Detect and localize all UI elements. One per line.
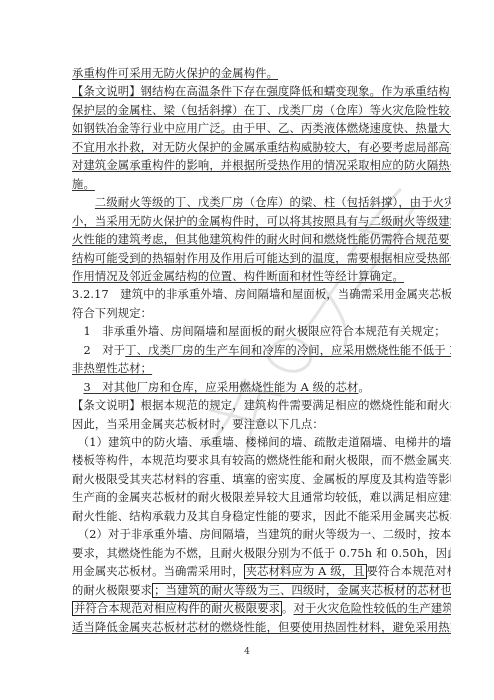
text-line: 符合下列规定： bbox=[72, 306, 451, 322]
text-line: 1 非承重外墙、房间隔墙和屋面板的耐火极限应符合本规范有关规定； bbox=[72, 324, 451, 340]
text-line: 保护层的金属柱、梁（包括斜撑）在丁、戊类厂房（仓库）等火灾危险性较小的建筑， bbox=[72, 103, 451, 119]
underlined-text: 对建筑金属承重构件的影响，并根据所受热作用的情况采取相应的防火隔热保护措 bbox=[72, 159, 451, 172]
underlined-text: 如钢铁冶金等行业中应用广泛。由于甲、乙、丙类液体燃烧速度快、热量大、温度高， bbox=[72, 122, 451, 135]
underlined-text: 结构可能受到的热辐射作用及作用后可能达到的温度，需要根据相应受热部位的高温 bbox=[72, 252, 451, 265]
text-segment: 因此，当采用金属夹芯板材时，要注意以下几点： bbox=[72, 418, 324, 431]
text-segment: 用金属夹芯板材。当确需采用时， bbox=[72, 565, 244, 578]
underlined-text: 施。 bbox=[72, 178, 95, 191]
underlined-text: 二级耐火等级的丁、戊类厂房（仓库）的梁、柱（包括斜撑），由于火灾危险性 bbox=[95, 196, 451, 209]
text-line: 因此，当采用金属夹芯板材时，要注意以下几点： bbox=[72, 417, 451, 433]
text-segment: 2 对于 bbox=[72, 344, 125, 357]
underlined-text: 适当降低金属夹芯板材芯材的燃烧性能，但要使用热固性材料，避免采用热塑性材料。 bbox=[72, 621, 451, 634]
text-line: 3 对其他厂房和仓库，应采用燃烧性能为 A 级的芯材。 bbox=[72, 380, 451, 396]
text-line: （1）建筑中的防火墙、承重墙、楼梯间的墙、疏散走道隔墙、电梯井的墙以及 bbox=[72, 435, 451, 451]
text-line: 如钢铁冶金等行业中应用广泛。由于甲、乙、丙类液体燃烧速度快、热量大、温度高， bbox=[72, 121, 451, 137]
underlined-text: 作用情况及邻近金属结构的位置、构件断面和材性等经计算确定。 bbox=[72, 270, 404, 283]
text-line: 楼板等构件，本规范均要求具有较高的燃烧性能和耐火极限，而不燃金属夹芯板材的 bbox=[72, 453, 451, 469]
text-segment: 。 bbox=[358, 381, 369, 394]
text-line: 二级耐火等级的丁、戊类厂房（仓库）的梁、柱（包括斜撑），由于火灾危险性 bbox=[72, 195, 451, 211]
text-line: 非热塑性芯材； bbox=[72, 361, 451, 377]
underlined-text: 3 对其他厂房和仓库，应采用燃烧性能为 A 级的芯材 bbox=[83, 381, 358, 394]
underlined-text: 对于火灾危险性较低的生产建筑，可以 bbox=[294, 602, 452, 615]
text-segment: 的耐火极限要求 bbox=[72, 584, 152, 597]
text-segment: 耐火极限受其夹芯材料的容重、填塞的密实度、金属板的厚度及其构造等影响，不同 bbox=[72, 473, 451, 486]
text-line: 的耐火极限要求；当建筑的耐火等级为三、四级时，金属夹芯板材的芯材也要 A 级， bbox=[72, 583, 451, 599]
text-line: 结构可能受到的热辐射作用及作用后可能达到的温度，需要根据相应受热部位的高温 bbox=[72, 251, 451, 267]
text-segment bbox=[72, 196, 95, 209]
text-segment: 【条文说明】根据本规范的规定，建筑构件需要满足相应的燃烧性能和耐火极限要求， bbox=[72, 399, 451, 412]
text-line: 生产商的金属夹芯板材的耐火极限差异较大且通常均较低，难以满足相应建筑构件的 bbox=[72, 490, 451, 506]
text-line: 作用情况及邻近金属结构的位置、构件断面和材性等经计算确定。 bbox=[72, 269, 451, 285]
text-segment: 3.2.17 建筑中的非承重外墙、房间隔墙和屋面板，当确需采用金属夹芯板材时，应 bbox=[72, 288, 451, 301]
text-line: 不宜用水扑救，对无防火保护的金属承重结构威胁较大，有必要考虑局部高温或火焰 bbox=[72, 140, 451, 156]
text-segment: 。 bbox=[282, 602, 293, 615]
text-line: 要求，其燃烧性能为不燃，且耐火极限分别为不低于 0.75h 和 0.50h，因此… bbox=[72, 546, 451, 562]
text-line: 小，当采用无防火保护的金属构件时，可以将其按照具有与二级耐火等级建筑同等防 bbox=[72, 214, 451, 230]
text-line: 对建筑金属承重构件的影响，并根据所受热作用的情况采取相应的防火隔热保护措 bbox=[72, 158, 451, 174]
underlined-text: 小，当采用无防火保护的金属构件时，可以将其按照具有与二级耐火等级建筑同等防 bbox=[72, 215, 451, 228]
underlined-text: 【条文说明】钢结构在高温条件下存在强度降低和蠕变现象。作为承重结构，无防火 bbox=[72, 85, 451, 98]
text-line: 施。 bbox=[72, 177, 451, 193]
underlined-text: 非热塑性芯材； bbox=[72, 362, 152, 375]
text-line: 耐火极限受其夹芯材料的容重、填塞的密实度、金属板的厚度及其构造等影响，不同 bbox=[72, 472, 451, 488]
text-line: 用金属夹芯板材。当确需采用时，夹芯材料应为 A 级，且要符合本规范对相应构件 bbox=[72, 564, 451, 580]
text-line: 【条文说明】钢结构在高温条件下存在强度降低和蠕变现象。作为承重结构，无防火 bbox=[72, 84, 451, 100]
text-line: 2 对于丁、戊类厂房的生产车间和冷库的冷间，应采用燃烧性能不低于 B₁ 级的 bbox=[72, 343, 451, 359]
underlined-text: 火性能的建筑考虑，但其他建筑构件的耐火时间和燃烧性能仍需符合规范要求。有关 bbox=[72, 233, 451, 246]
boxed-text: ；当建筑的耐火等级为三、四级时，金属夹芯板材的芯材也要 A 级， bbox=[152, 583, 451, 598]
boxed-text: 并符合本规范对相应构件的耐火极限要求 bbox=[72, 601, 282, 616]
text-segment: 生产商的金属夹芯板材的耐火极限差异较大且通常均较低，难以满足相应建筑构件的 bbox=[72, 491, 451, 504]
text-segment: 要符合本规范对相应构件 bbox=[367, 565, 451, 578]
text-line: 【条文说明】根据本规范的规定，建筑构件需要满足相应的燃烧性能和耐火极限要求， bbox=[72, 398, 451, 414]
boxed-text: 夹芯材料应为 A 级，且 bbox=[244, 564, 367, 579]
text-segment: （2）对于非承重外墙、房间隔墙，当建筑的耐火等级为一、二级时，按本规范 bbox=[72, 528, 451, 541]
text-line: 3.2.17 建筑中的非承重外墙、房间隔墙和屋面板，当确需采用金属夹芯板材时，应 bbox=[72, 287, 451, 303]
text-segment: 符合下列规定： bbox=[72, 307, 152, 320]
text-line: 承重构件可采用无防火保护的金属构件。 bbox=[72, 66, 451, 82]
underlined-text: 保护层的金属柱、梁（包括斜撑）在丁、戊类厂房（仓库）等火灾危险性较小的建筑， bbox=[72, 104, 451, 117]
page-number: 4 bbox=[0, 647, 494, 657]
underlined-text: 不宜用水扑救，对无防火保护的金属承重结构威胁较大，有必要考虑局部高温或火焰 bbox=[72, 141, 451, 154]
underlined-text: 承重构件可采用无防火保护的金属构件。 bbox=[72, 67, 278, 80]
document-page: 承重构件可采用无防火保护的金属构件。【条文说明】钢结构在高温条件下存在强度降低和… bbox=[0, 0, 494, 700]
text-line: 并符合本规范对相应构件的耐火极限要求。对于火灾危险性较低的生产建筑，可以 bbox=[72, 601, 451, 617]
text-line: （2）对于非承重外墙、房间隔墙，当建筑的耐火等级为一、二级时，按本规范 bbox=[72, 527, 451, 543]
text-line: 耐火性能、结构承载力及其自身稳定性能的要求，因此不能采用金属夹芯板材。 bbox=[72, 509, 451, 525]
underlined-text: 丁、戊类厂房的生产车间和冷库的冷间，应采用燃烧性能不低于 B₁ 级的 bbox=[125, 344, 451, 357]
text-segment: 1 非承重外墙、房间隔墙和屋面板的耐火极限应符合本规范有关规定； bbox=[72, 325, 446, 338]
text-segment: 耐火性能、结构承载力及其自身稳定性能的要求，因此不能采用金属夹芯板材。 bbox=[72, 510, 451, 523]
text-segment bbox=[72, 381, 83, 394]
text-segment: 楼板等构件，本规范均要求具有较高的燃烧性能和耐火极限，而不燃金属夹芯板材的 bbox=[72, 454, 451, 467]
text-segment: 要求，其燃烧性能为不燃，且耐火极限分别为不低于 0.75h 和 0.50h，因此… bbox=[72, 547, 451, 560]
text-segment: （1）建筑中的防火墙、承重墙、楼梯间的墙、疏散走道隔墙、电梯井的墙以及 bbox=[72, 436, 451, 449]
text-line: 火性能的建筑考虑，但其他建筑构件的耐火时间和燃烧性能仍需符合规范要求。有关 bbox=[72, 232, 451, 248]
text-line: 适当降低金属夹芯板材芯材的燃烧性能，但要使用热固性材料，避免采用热塑性材料。 bbox=[72, 620, 451, 636]
